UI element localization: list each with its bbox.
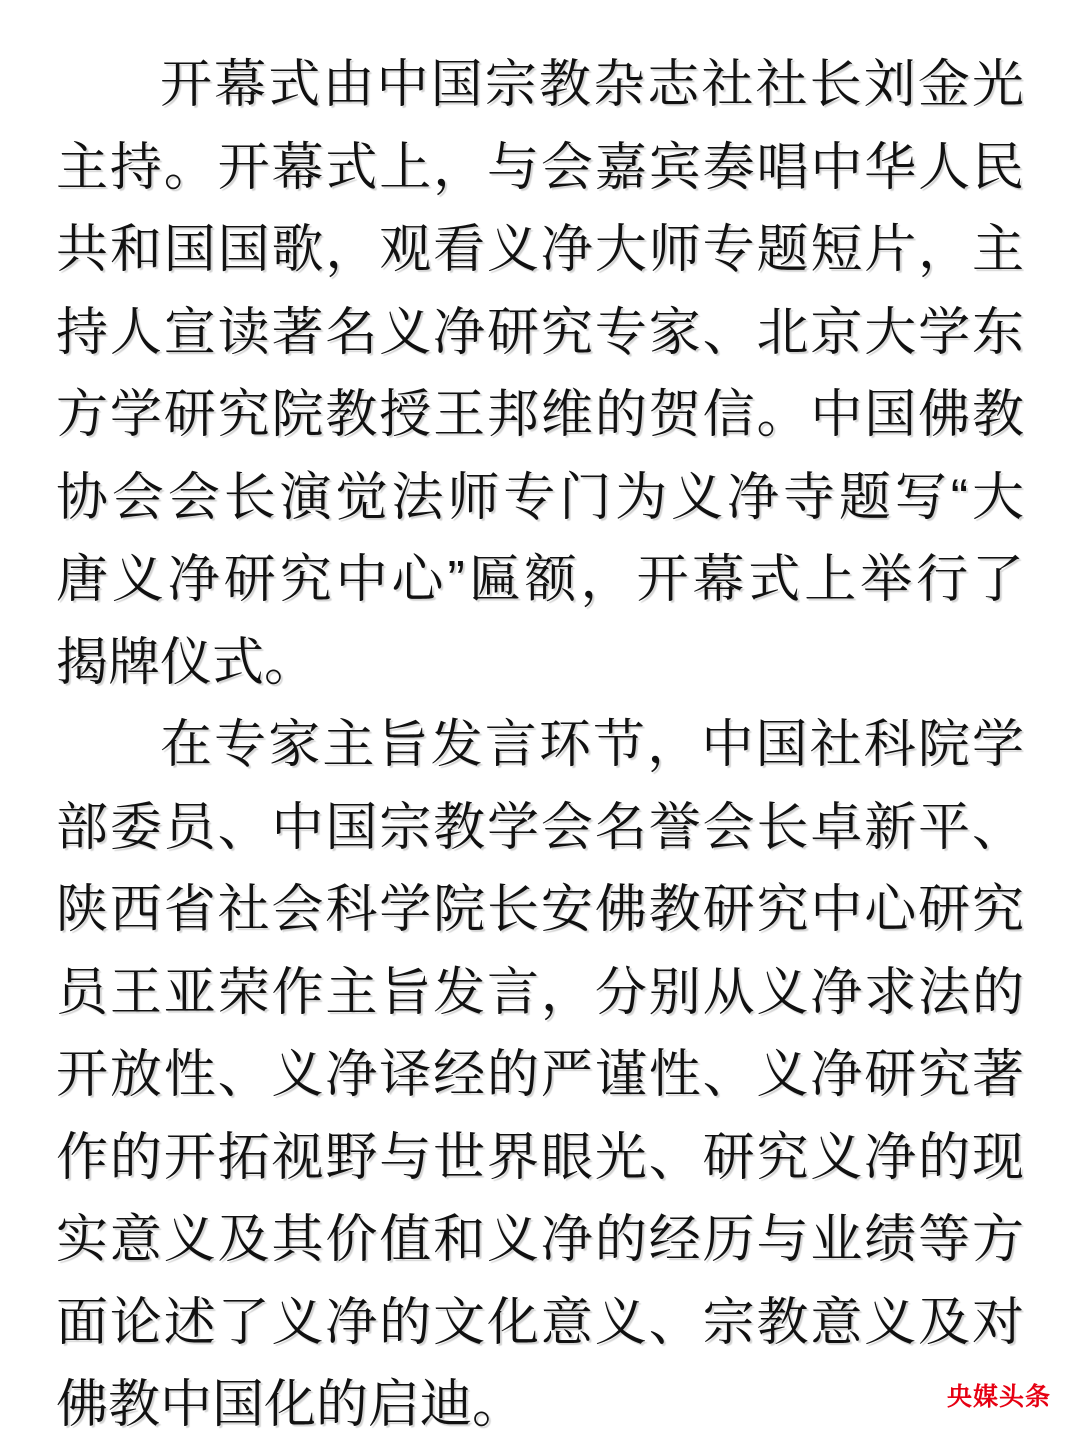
article-body: 开幕式由中国宗教杂志社社长刘金光主持。开幕式上，与会嘉宾奏唱中华人民共和国国歌，… — [56, 44, 1024, 1441]
paragraph: 在专家主旨发言环节，中国社科院学部委员、中国宗教学会名誉会长卓新平、陕西省社会科… — [56, 704, 1024, 1441]
text-line: 主持。开幕式上，与会嘉宾奏唱中华人民 — [56, 127, 1024, 210]
paragraph: 开幕式由中国宗教杂志社社长刘金光主持。开幕式上，与会嘉宾奏唱中华人民共和国国歌，… — [56, 44, 1024, 704]
watermark-label: 央媒头条 — [947, 1383, 1051, 1411]
text-line: 部委员、中国宗教学会名誉会长卓新平、 — [56, 787, 1024, 870]
text-line: 实意义及其价值和义净的经历与业绩等方 — [56, 1199, 1024, 1282]
text-line: 面论述了义净的文化意义、宗教意义及对 — [56, 1282, 1024, 1365]
text-line: 唐义净研究中心”匾额，开幕式上举行了 — [56, 539, 1024, 622]
text-line: 在专家主旨发言环节，中国社科院学 — [56, 704, 1024, 787]
watermark-badge: 央媒头条 — [947, 1377, 1051, 1413]
text-line: 作的开拓视野与世界眼光、研究义净的现 — [56, 1117, 1024, 1200]
text-line: 持人宣读著名义净研究专家、北京大学东 — [56, 292, 1024, 375]
text-line: 陕西省社会科学院长安佛教研究中心研究 — [56, 869, 1024, 952]
text-line: 佛教中国化的启迪。 — [56, 1364, 1024, 1441]
text-line: 开幕式由中国宗教杂志社社长刘金光 — [56, 44, 1024, 127]
text-line: 揭牌仪式。 — [56, 622, 1024, 705]
page: { "page": { "background": "#ffffff", "te… — [0, 0, 1080, 1441]
text-line: 方学研究院教授王邦维的贺信。中国佛教 — [56, 374, 1024, 457]
text-line: 协会会长演觉法师专门为义净寺题写“大 — [56, 457, 1024, 540]
text-line: 开放性、义净译经的严谨性、义净研究著 — [56, 1034, 1024, 1117]
text-line: 员王亚荣作主旨发言，分别从义净求法的 — [56, 952, 1024, 1035]
text-line: 共和国国歌，观看义净大师专题短片，主 — [56, 209, 1024, 292]
